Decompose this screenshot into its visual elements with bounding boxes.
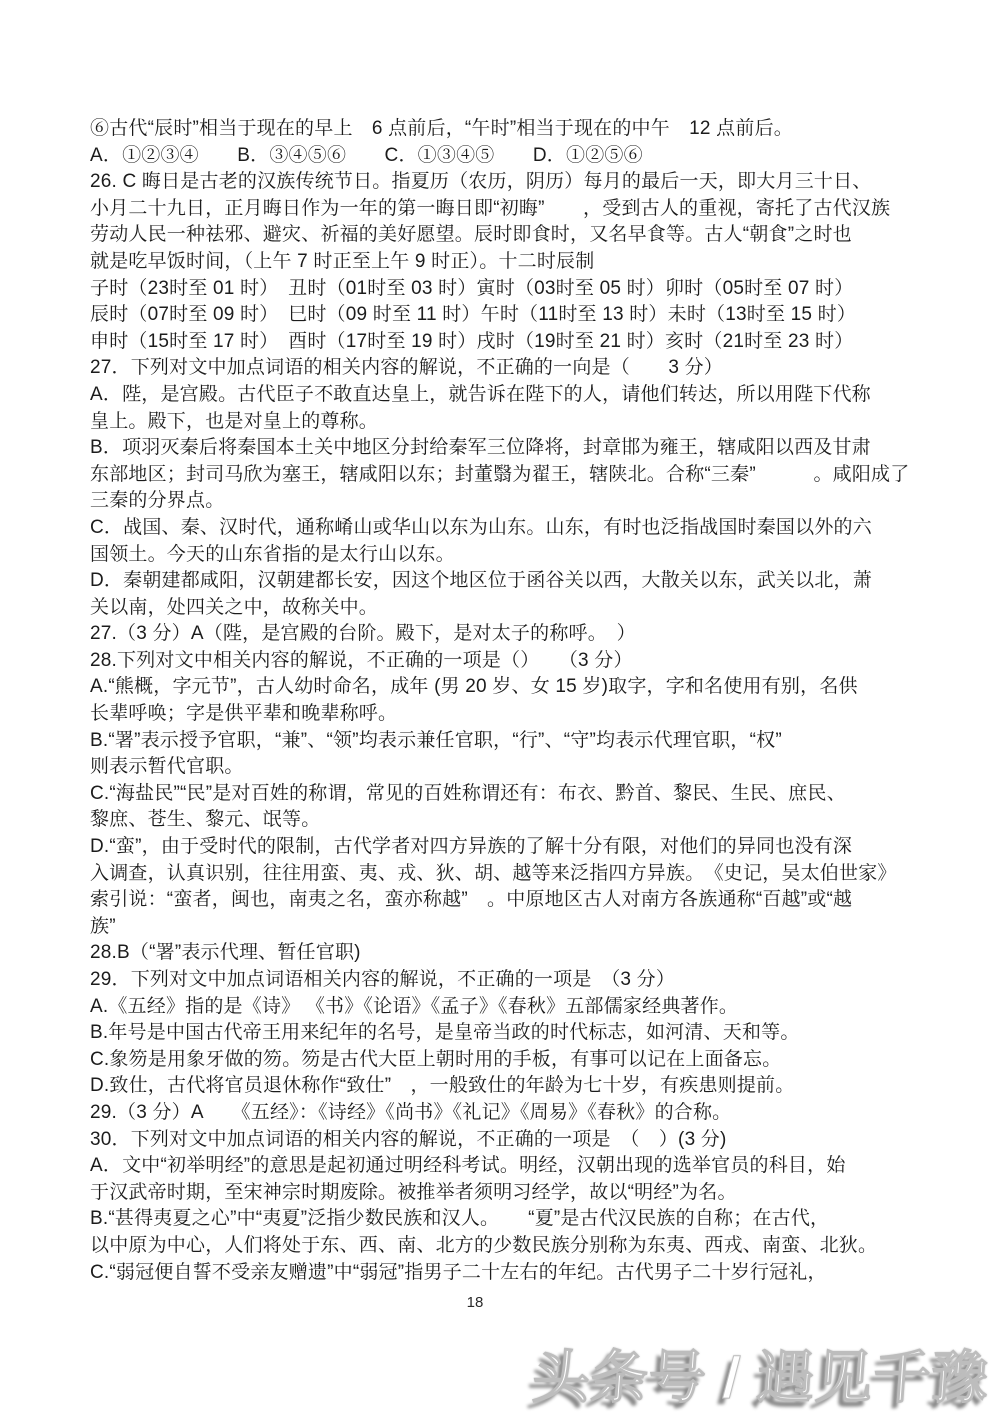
text-line: 族” bbox=[90, 914, 970, 941]
text-line: A.《五经》指的是《诗》 《书》《论语》《孟子》《春秋》五部儒家经典著作。 bbox=[90, 994, 970, 1021]
text-line: ⑥古代“辰时”相当于现在的早上 6 点前后，“午时”相当于现在的中午 12 点前… bbox=[90, 116, 970, 143]
text-line: 劳动人民一种祛邪、避灾、祈福的美好愿望。辰时即食时，又名早食等。古人“朝食”之时… bbox=[90, 222, 970, 249]
text-line: C.“海盐民”“民”是对百姓的称谓，常见的百姓称谓还有：布衣、黔首、黎民、生民、… bbox=[90, 781, 970, 808]
text-line: B.年号是中国古代帝王用来纪年的名号，是皇帝当政的时代标志，如河清、天和等。 bbox=[90, 1020, 970, 1047]
text-line: A．文中“初举明经”的意思是起初通过明经科考试。明经，汉朝出现的选举官员的科目，… bbox=[90, 1153, 970, 1180]
text-line: 以中原为中心，人们将处于东、西、南、北方的少数民族分别称为东夷、西戎、南蛮、北狄… bbox=[90, 1233, 970, 1260]
text-line: D.“蛮”，由于受时代的限制，古代学者对四方异族的了解十分有限，对他们的异同也没… bbox=[90, 834, 970, 861]
text-line: 26. C 晦日是古老的汉族传统节日。指夏历（农历，阴历）每月的最后一天，即大月… bbox=[90, 169, 970, 196]
document-body: ⑥古代“辰时”相当于现在的早上 6 点前后，“午时”相当于现在的中午 12 点前… bbox=[90, 116, 970, 1286]
text-line: B．项羽灭秦后将秦国本土关中地区分封给秦军三位降将，封章邯为雍王，辖咸阳以西及甘… bbox=[90, 435, 970, 462]
text-line: 国领土。今天的山东省指的是太行山以东。 bbox=[90, 542, 970, 569]
text-line: 就是吃早饭时间，（上午 7 时正至上午 9 时正）。十二时辰制 bbox=[90, 249, 970, 276]
text-line: C．战国、秦、汉时代，通称崤山或华山以东为山东。山东，有时也泛指战国时秦国以外的… bbox=[90, 515, 970, 542]
text-line: 30．下列对文中加点词语的相关内容的解说，不正确的一项是 （ ）(3 分) bbox=[90, 1127, 970, 1154]
text-line: 申时（15时至 17 时） 酉时（17时至 19 时）戌时（19时至 21 时）… bbox=[90, 329, 970, 356]
text-line: 则表示暂代官职。 bbox=[90, 754, 970, 781]
text-line: 于汉武帝时期，至宋神宗时期废除。被推举者须明习经学，故以“明经”为名。 bbox=[90, 1180, 970, 1207]
text-line: 长辈呼唤；字是供平辈和晚辈称呼。 bbox=[90, 701, 970, 728]
text-line: A.“熊概，字元节”，古人幼时命名，成年 (男 20 岁、女 15 岁)取字，字… bbox=[90, 674, 970, 701]
text-line: 27.（3 分）A（陛，是宫殿的台阶。殿下，是对太子的称呼。 ） bbox=[90, 621, 970, 648]
text-line: 29.（3 分）A 《五经》：《诗经》《尚书》《礼记》《周易》《春秋》的合称。 bbox=[90, 1100, 970, 1127]
text-line: 关以南，处四关之中，故称关中。 bbox=[90, 595, 970, 622]
text-line: A．陛，是宫殿。古代臣子不敢直达皇上，就告诉在陛下的人，请他们转达，所以用陛下代… bbox=[90, 382, 970, 409]
page-number: 18 bbox=[0, 1294, 950, 1311]
text-line: D.致仕，古代将官员退休称作“致仕” ，一般致仕的年龄为七十岁，有疾患则提前。 bbox=[90, 1073, 970, 1100]
text-line: 入调查，认真识别，往往用蛮、夷、戎、狄、胡、越等来泛指四方异族。 《史记，吴太伯… bbox=[90, 861, 970, 888]
text-line: C.象笏是用象牙做的笏。笏是古代大臣上朝时用的手板，有事可以记在上面备忘。 bbox=[90, 1047, 970, 1074]
text-line: B.“署”表示授予官职，“兼”、“领”均表示兼任官职，“行”、“守”均表示代理官… bbox=[90, 728, 970, 755]
text-line: 子时（23时至 01 时） 丑时（01时至 03 时）寅时（03时至 05 时）… bbox=[90, 276, 970, 303]
text-line: A．①②③④ B．③④⑤⑥ C．①③④⑤ D．①②⑤⑥ bbox=[90, 143, 970, 170]
text-line: 三秦的分界点。 bbox=[90, 488, 970, 515]
text-line: C.“弱冠便自誓不受亲友赠遗”中“弱冠”指男子二十左右的年纪。古代男子二十岁行冠… bbox=[90, 1260, 970, 1287]
text-line: 28.B（“署”表示代理、暂任官职) bbox=[90, 940, 970, 967]
text-line: D．秦朝建都咸阳，汉朝建都长安，因这个地区位于函谷关以西，大散关以东，武关以北，… bbox=[90, 568, 970, 595]
text-line: 辰时（07时至 09 时） 巳时（09 时至 11 时）午时（11时至 13 时… bbox=[90, 302, 970, 329]
text-line: 东部地区；封司马欣为塞王，辖咸阳以东；封董翳为翟王，辖陕北。合称“三秦” 。咸阳… bbox=[90, 462, 970, 489]
text-line: 皇上。殿下，也是对皇上的尊称。 bbox=[90, 409, 970, 436]
watermark: 头条号 / 遇见千豫 bbox=[531, 1332, 993, 1414]
text-line: 小月二十九日，正月晦日作为一年的第一晦日即“初晦” ，受到古人的重视，寄托了古代… bbox=[90, 196, 970, 223]
text-line: 索引说：“蛮者，闽也，南夷之名，蛮亦称越” 。中原地区古人对南方各族通称“百越”… bbox=[90, 887, 970, 914]
text-line: B.“甚得夷夏之心”中“夷夏”泛指少数民族和汉人。 “夏”是古代汉民族的自称；在… bbox=[90, 1206, 970, 1233]
text-line: 29．下列对文中加点词语相关内容的解说，不正确的一项是 （3 分） bbox=[90, 967, 970, 994]
text-line: 27．下列对文中加点词语的相关内容的解说，不正确的一向是（ 3 分） bbox=[90, 355, 970, 382]
text-line: 28.下列对文中相关内容的解说，不正确的一项是（） （3 分） bbox=[90, 648, 970, 675]
text-line: 黎庶、苍生、黎元、氓等。 bbox=[90, 807, 970, 834]
